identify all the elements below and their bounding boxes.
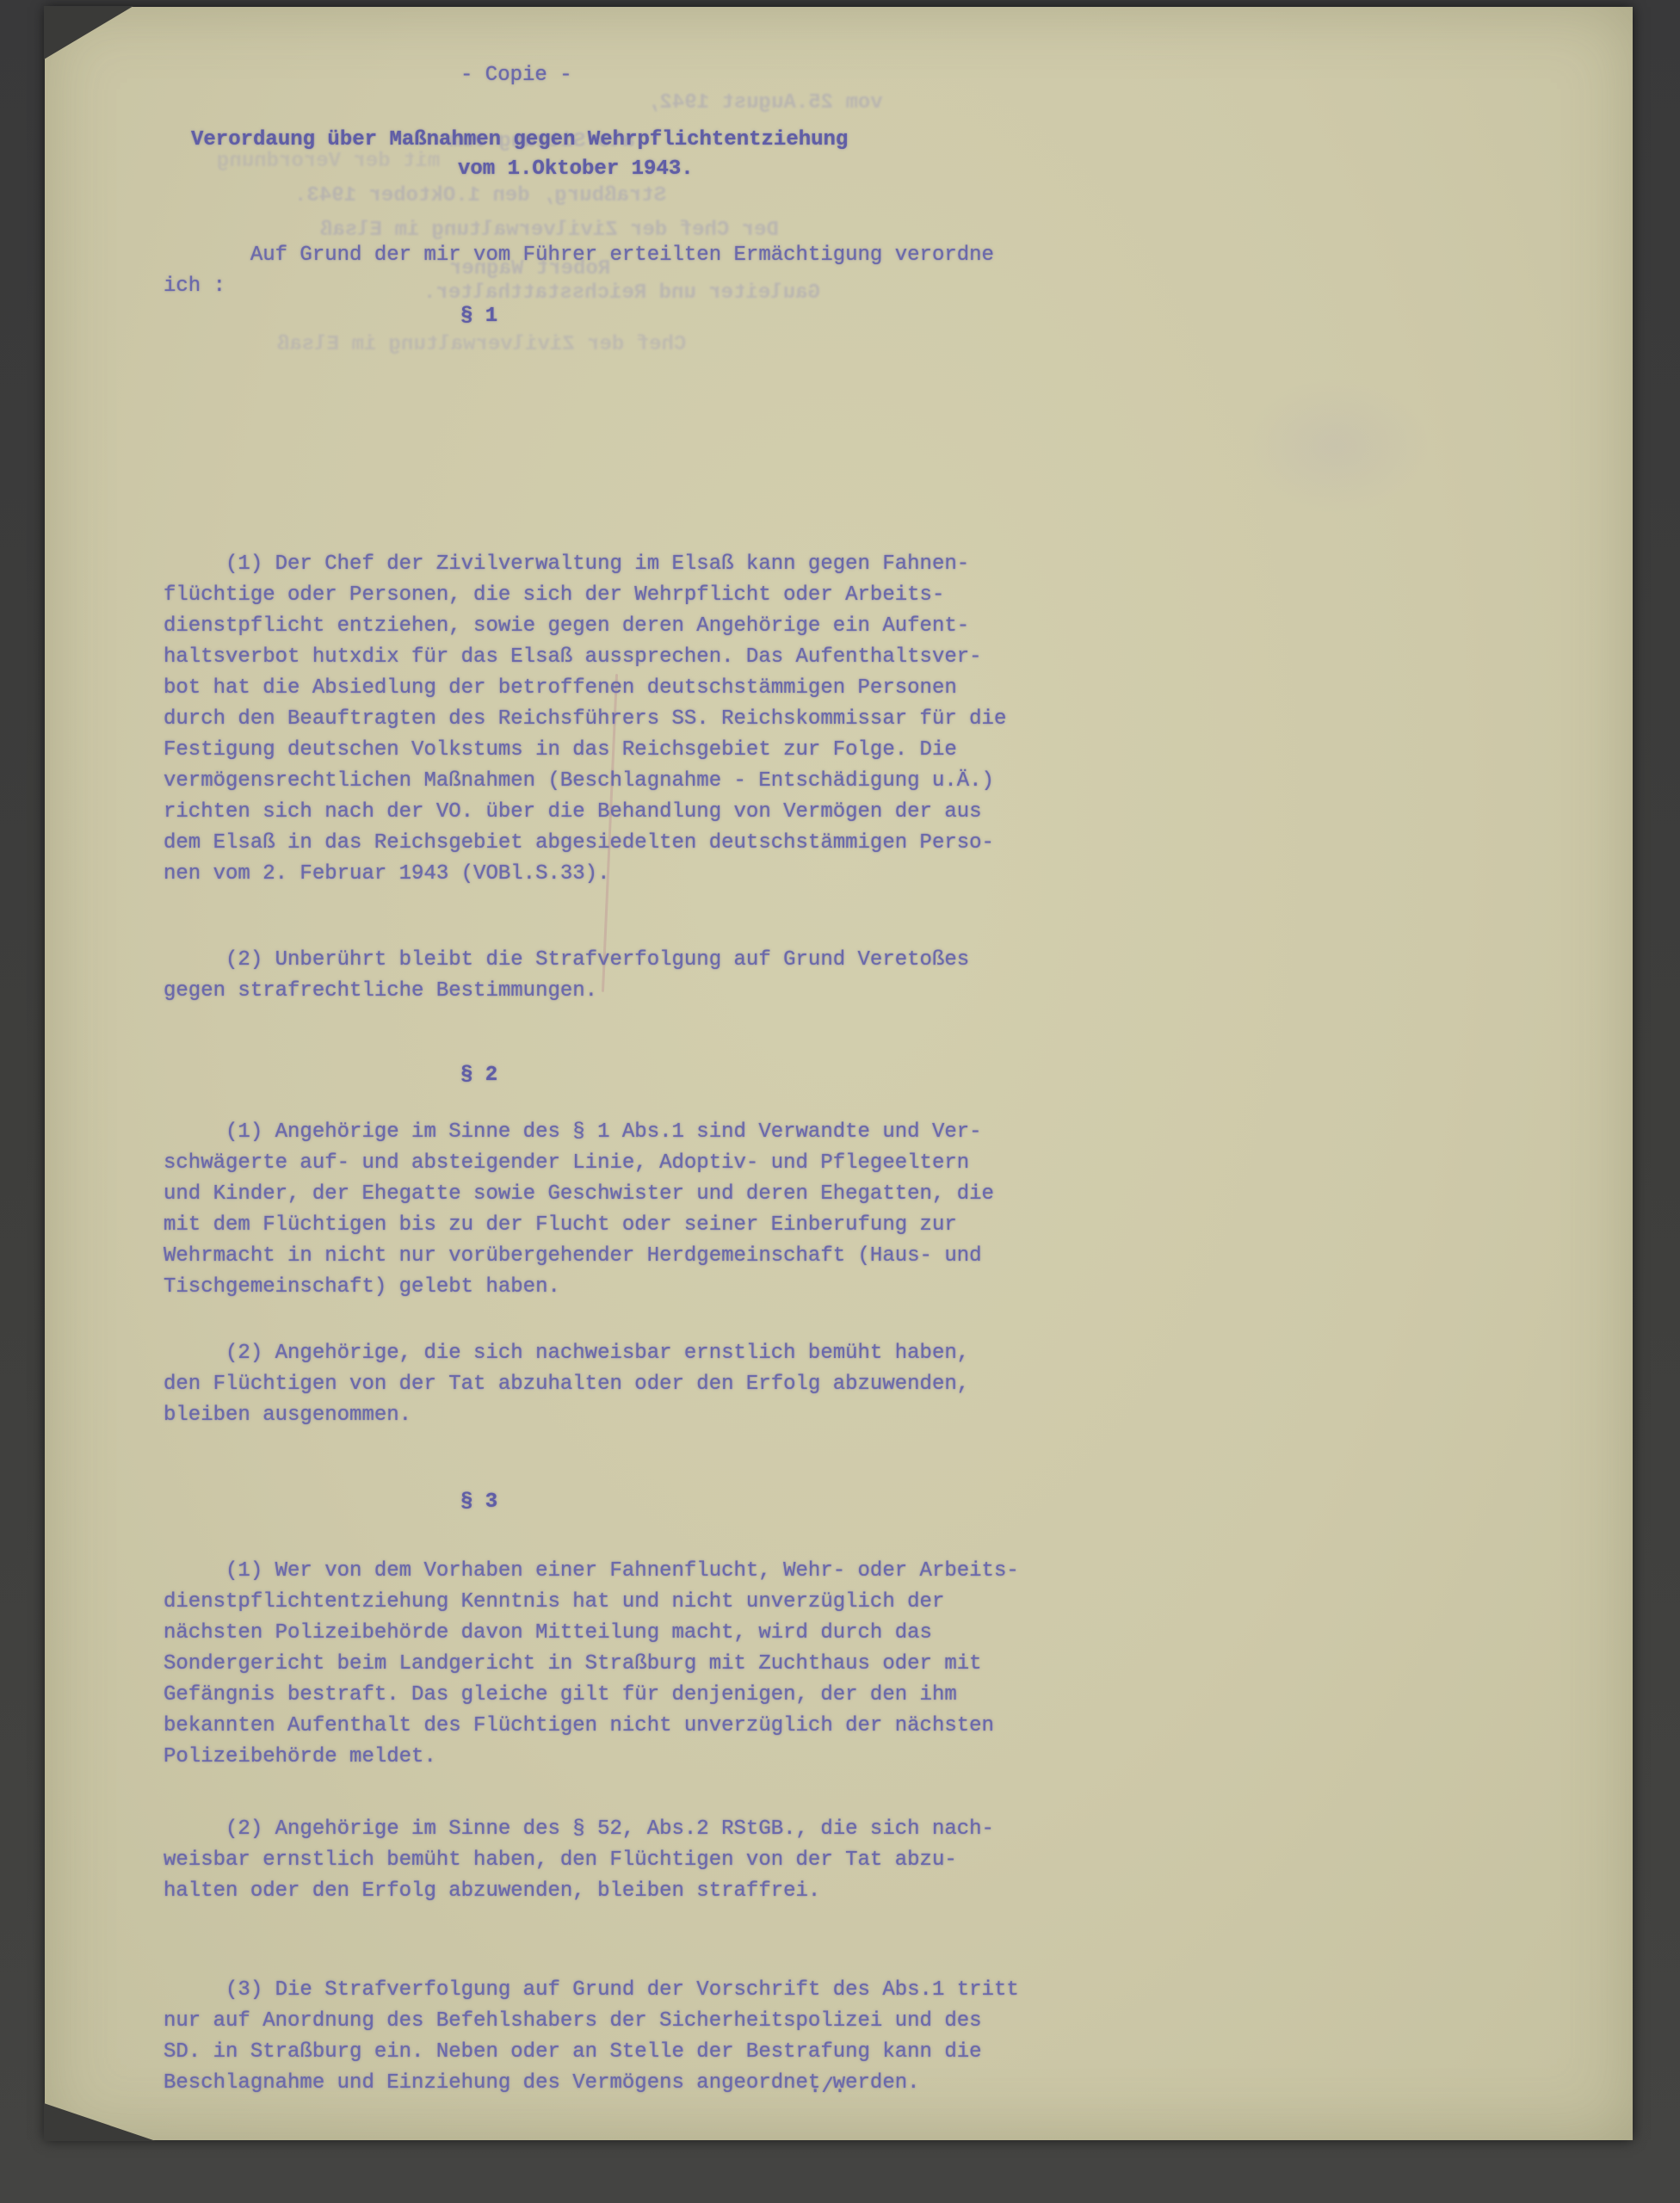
section-2-paragraph-2: (2) Angehörige, die sich nachweisbar ern… — [164, 1338, 969, 1431]
scanner-background: vom 25.August 1942, als Sitzung vom mit … — [0, 0, 1680, 2203]
bleedthrough-text: Straßburg, den 1.Oktober 1943. — [294, 182, 666, 211]
document-page: vom 25.August 1942, als Sitzung vom mit … — [45, 7, 1633, 2140]
section-3-paragraph-3: (3) Die Strafverfolgung auf Grund der Vo… — [164, 1975, 1019, 2099]
bleedthrough-text: Chef der Zivilverwaltung im Elsaß — [277, 330, 686, 360]
section-2-heading: § 2 — [460, 1060, 497, 1091]
section-1-heading: § 1 — [460, 301, 497, 332]
section-1-paragraph-2: (2) Unberührt bleibt die Strafverfolgung… — [164, 945, 969, 1007]
document-title-line1: Verordaung über Maßnahmen gegen Wehrpfli… — [191, 125, 848, 156]
section-3-paragraph-2: (2) Angehörige im Sinne des § 52, Abs.2 … — [164, 1814, 994, 1907]
paper-corner-shadow-top-left — [44, 6, 133, 59]
section-3-paragraph-1: (1) Wer von dem Vorhaben einer Fahnenflu… — [164, 1556, 1019, 1773]
document-title-line2: vom 1.Oktober 1943. — [458, 154, 694, 185]
section-3-heading: § 3 — [460, 1487, 497, 1518]
paper-corner-shadow-bottom-left — [44, 2103, 156, 2141]
bleedthrough-text: vom 25.August 1942, — [647, 89, 883, 118]
section-2-paragraph-1: (1) Angehörige im Sinne des § 1 Abs.1 si… — [164, 1117, 994, 1303]
section-1-paragraph-1: (1) Der Chef der Zivilverwaltung im Elsa… — [164, 549, 1006, 890]
preamble: Auf Grund der mir vom Führer erteilten E… — [164, 240, 994, 302]
paper-stain — [1241, 377, 1430, 515]
continuation-mark: ./. — [809, 2072, 846, 2103]
copy-label: - Copie - — [460, 60, 572, 91]
